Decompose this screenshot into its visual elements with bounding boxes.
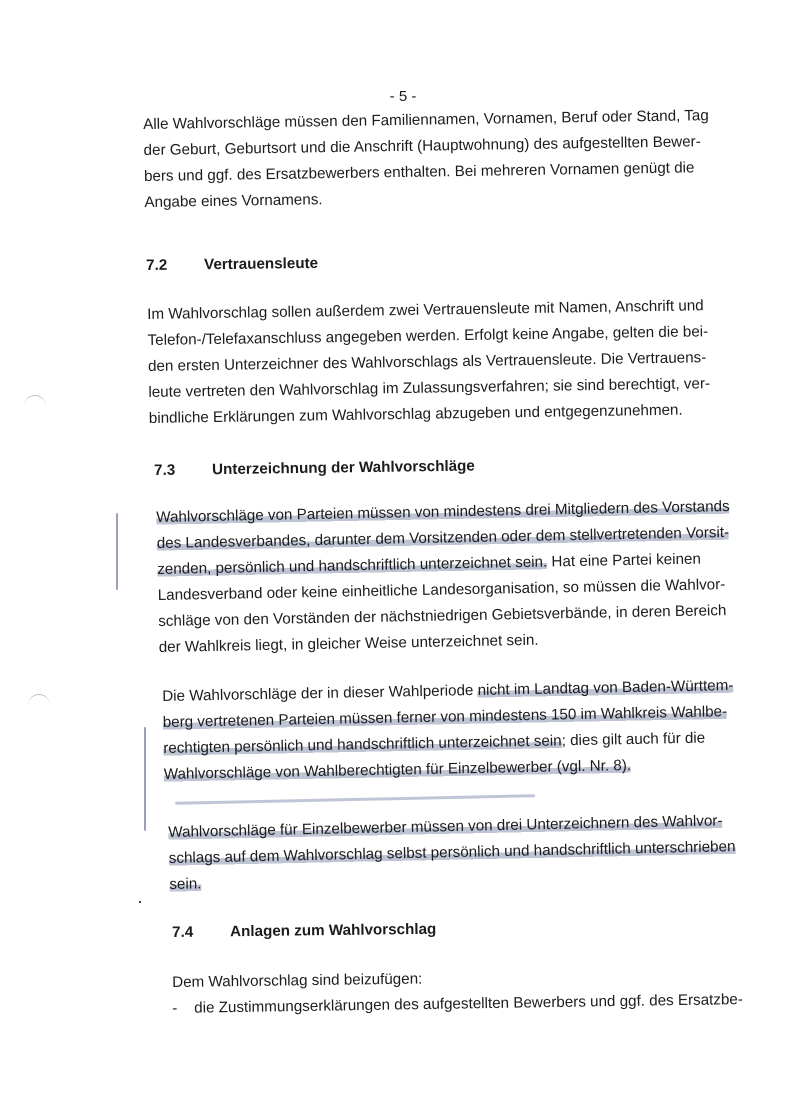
page-number: - 5 - <box>0 88 806 105</box>
section-7-3-paragraph-1: Wahlvorschläge von Parteien müssen von m… <box>156 494 732 661</box>
section-number: 7.3 <box>154 461 212 479</box>
punch-hole-mark <box>28 694 50 717</box>
document-page: - 5 - Alle Wahlvorschläge müssen den Fam… <box>0 0 806 1109</box>
intro-paragraph: Alle Wahlvorschläge müssen den Familienn… <box>143 103 710 216</box>
section-number: 7.4 <box>172 923 230 941</box>
section-title: Unterzeichnung der Wahlvorschläge <box>212 458 475 479</box>
section-number: 7.2 <box>146 256 204 274</box>
section-7-3-paragraph-2: Die Wahlvorschläge der in dieser Wahlper… <box>162 673 735 788</box>
section-title: Vertrauensleute <box>204 255 318 273</box>
section-heading-7-4: 7.4Anlagen zum Wahlvorschlag <box>172 921 436 941</box>
text-line: Dem Wahlvorschlag sind beizufügen: <box>172 967 422 996</box>
section-7-3-paragraph-3: Wahlvorschläge für Einzelbewerber müssen… <box>168 808 736 898</box>
margin-mark <box>116 513 118 590</box>
section-7-2-paragraph: Im Wahlvorschlag sollen außerdem zwei Ve… <box>147 293 711 432</box>
highlighted-text: nicht im Landtag von Baden-Württem- <box>477 677 733 699</box>
section-heading-7-3: 7.3Unterzeichnung der Wahlvorschläge <box>154 458 475 479</box>
margin-mark <box>144 727 146 831</box>
section-title: Anlagen zum Wahlvorschlag <box>230 921 436 941</box>
section-7-4-intro: Dem Wahlvorschlag sind beizufügen: <box>172 967 422 996</box>
list-item-text: die Zustimmungserklärungen des aufgestel… <box>194 991 743 1017</box>
scan-speck <box>139 901 141 903</box>
highlighted-text: rechtigten persönlich und handschriftlic… <box>163 732 562 757</box>
underline-stroke <box>175 794 535 805</box>
highlighted-text: sein. <box>169 875 201 893</box>
bullet-marker: - <box>172 996 194 1022</box>
section-heading-7-2: 7.2Vertrauensleute <box>146 255 318 274</box>
highlighted-text: zenden, persönlich und handschriftlich u… <box>157 554 547 578</box>
highlighted-text: Wahlvorschläge von Wahlberechtigten für … <box>164 757 632 783</box>
punch-hole-mark <box>24 395 46 418</box>
